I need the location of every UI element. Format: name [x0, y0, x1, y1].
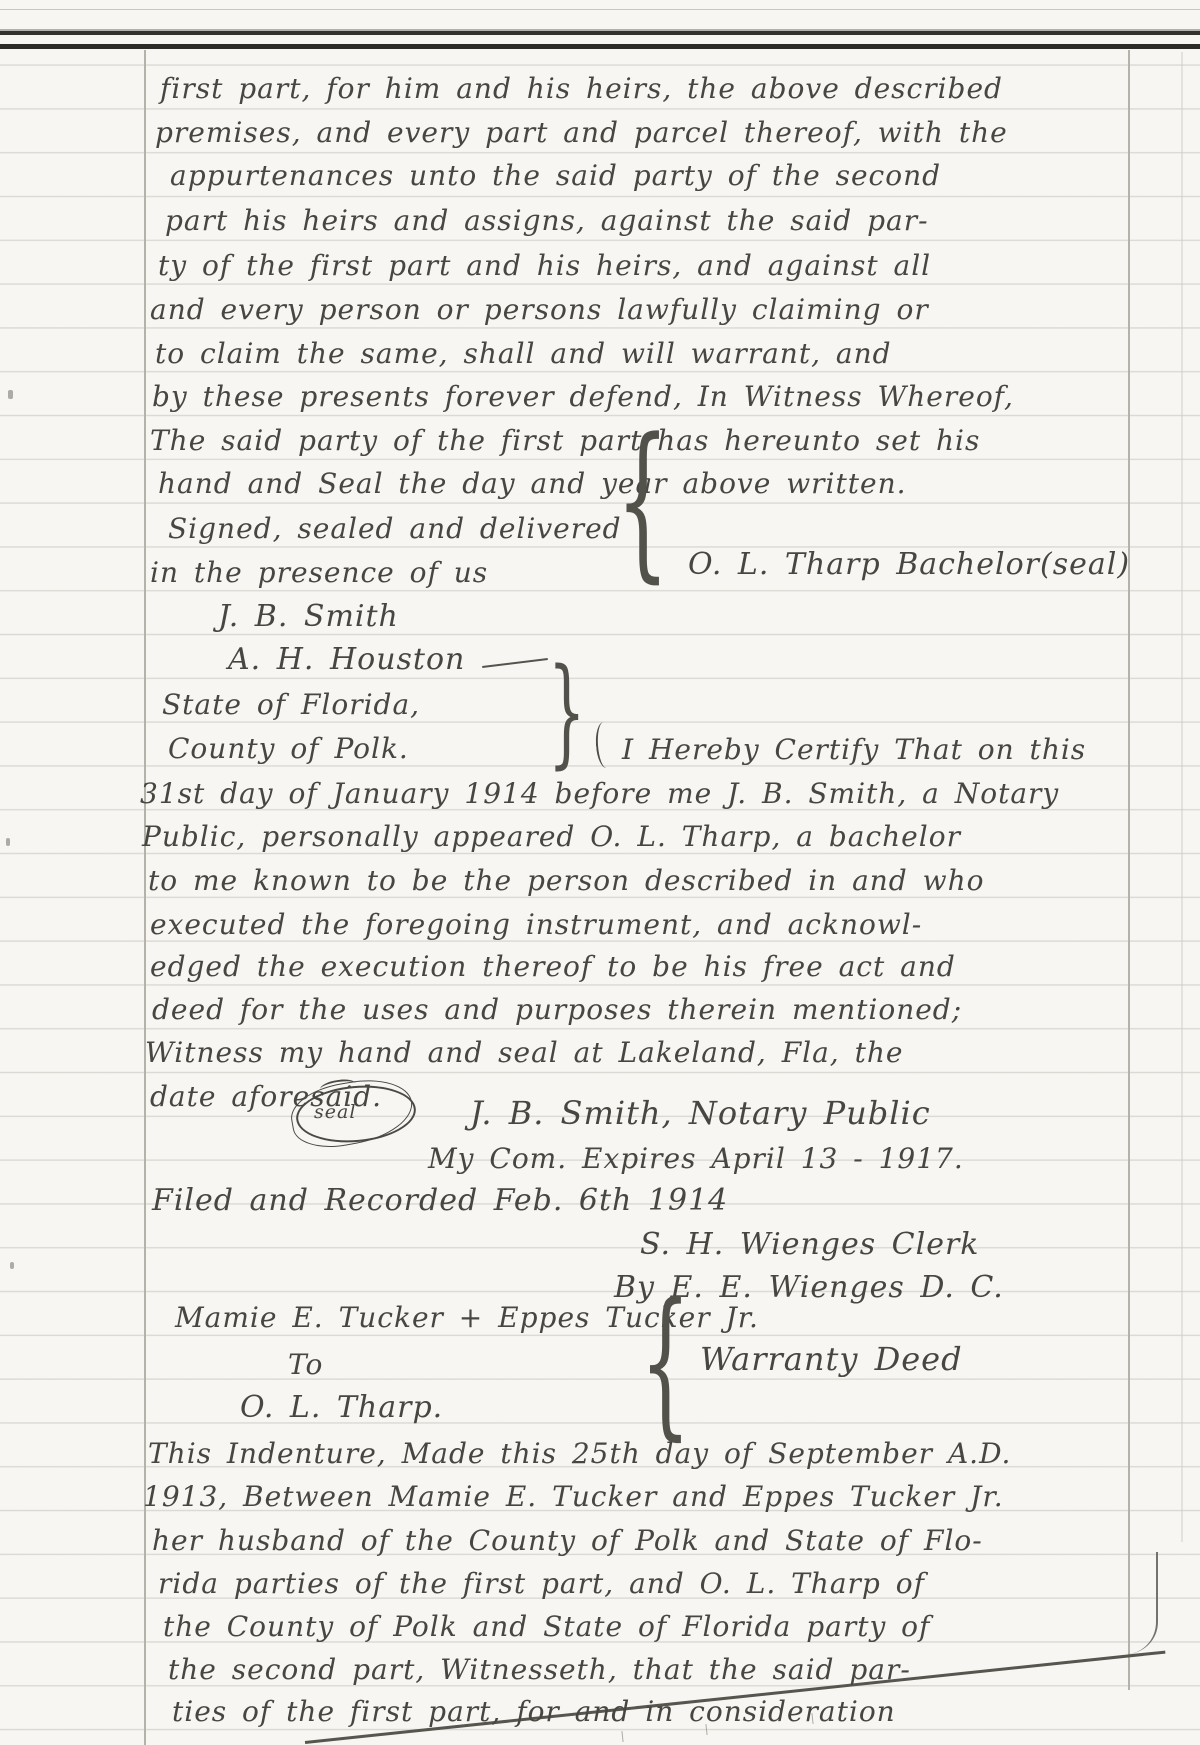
notary-seal-scribble: seal: [296, 1086, 416, 1142]
grantee-name: O. L. Tharp.: [240, 1391, 443, 1425]
witness-signature: J. B. Smith: [218, 600, 399, 634]
deed1-body-line: part his heirs and assigns, against the …: [165, 204, 929, 238]
notary-cert-line: I Hereby Certify That on this: [622, 733, 1086, 767]
header-double-rule-bottom: [0, 44, 1200, 49]
scan-speck: [8, 390, 13, 399]
deed1-body-line: appurtenances unto the said party of the…: [170, 159, 941, 193]
deed1-body-line: first part, for him and his heirs, the a…: [160, 72, 1003, 106]
brace-mark: {: [640, 1282, 691, 1442]
venue-line: State of Florida,: [162, 688, 420, 722]
page-corner-curve: [1126, 1552, 1158, 1654]
notary-cert-line: Public, personally appeared O. L. Tharp,…: [142, 820, 961, 854]
scan-speck: [10, 1262, 14, 1269]
faint-top-rule: [0, 9, 1200, 10]
deed1-body-line: hand and Seal the day and year above wri…: [158, 467, 907, 501]
deed1-body-line: The said party of the first part has her…: [150, 424, 980, 458]
deed2-body-line: rida parties of the first part, and O. L…: [158, 1567, 925, 1601]
notary-cert-line: executed the foregoing instrument, and a…: [150, 908, 922, 942]
scan-speck: [6, 838, 10, 846]
edge-tick: [621, 1731, 624, 1742]
right-margin-line: [1128, 50, 1130, 1690]
venue-line: County of Polk.: [168, 732, 409, 766]
notary-cert-line: edged the execution thereof to be his fr…: [150, 950, 956, 984]
deed1-body-line: to claim the same, shall and will warran…: [155, 337, 892, 371]
grantor-signature: O. L. Tharp Bachelor(seal): [688, 548, 1130, 582]
deed2-body-line: her husband of the County of Polk and St…: [152, 1524, 983, 1558]
instrument-type-label: Warranty Deed: [700, 1342, 963, 1376]
notary-cert-line: deed for the uses and purposes therein m…: [152, 993, 962, 1027]
notary-cert-line: to me known to be the person described i…: [148, 864, 985, 898]
deed1-body-line: by these presents forever defend, In Wit…: [152, 380, 1014, 414]
scanned-deed-record-page: first part, for him and his heirs, the a…: [0, 0, 1200, 1745]
notary-cert-line: Witness my hand and seal at Lakeland, Fl…: [145, 1036, 903, 1070]
deed2-body-line: 1913, Between Mamie E. Tucker and Eppes …: [143, 1480, 1004, 1514]
seal-label: seal: [314, 1101, 356, 1123]
attestation-line: Signed, sealed and delivered: [168, 512, 622, 546]
deed1-body-line: and every person or persons lawfully cla…: [150, 293, 929, 327]
notary-cert-line: 31st day of January 1914 before me J. B.…: [140, 777, 1059, 811]
deed2-body-line: ties of the first part, for and in consi…: [172, 1695, 896, 1729]
deed2-body-line: the County of Polk and State of Florida …: [163, 1610, 930, 1644]
attestation-line: in the presence of us: [150, 556, 488, 590]
deed1-body-line: premises, and every part and parcel ther…: [155, 116, 1008, 150]
paren-mark: [594, 721, 615, 768]
notary-signature: J. B. Smith, Notary Public: [470, 1096, 931, 1130]
filing-note: Filed and Recorded Feb. 6th 1914: [152, 1184, 728, 1218]
deed2-body-line: This Indenture, Made this 25th day of Se…: [148, 1437, 1011, 1471]
commission-note: My Com. Expires April 13 - 1917.: [428, 1142, 964, 1176]
brace-mark: {: [616, 416, 669, 584]
deed1-body-line: ty of the first part and his heirs, and …: [158, 249, 931, 283]
deed2-body-line: the second part, Witnesseth, that the sa…: [168, 1653, 911, 1687]
witness-signature: A. H. Houston: [228, 643, 465, 677]
header-double-rule-top: [0, 31, 1200, 35]
connector-dash: [482, 658, 548, 668]
to-label: To: [288, 1348, 323, 1382]
page-edge-line: [1181, 52, 1183, 1542]
clerk-signature: S. H. Wienges Clerk: [640, 1228, 979, 1262]
brace-mark: }: [548, 652, 586, 770]
